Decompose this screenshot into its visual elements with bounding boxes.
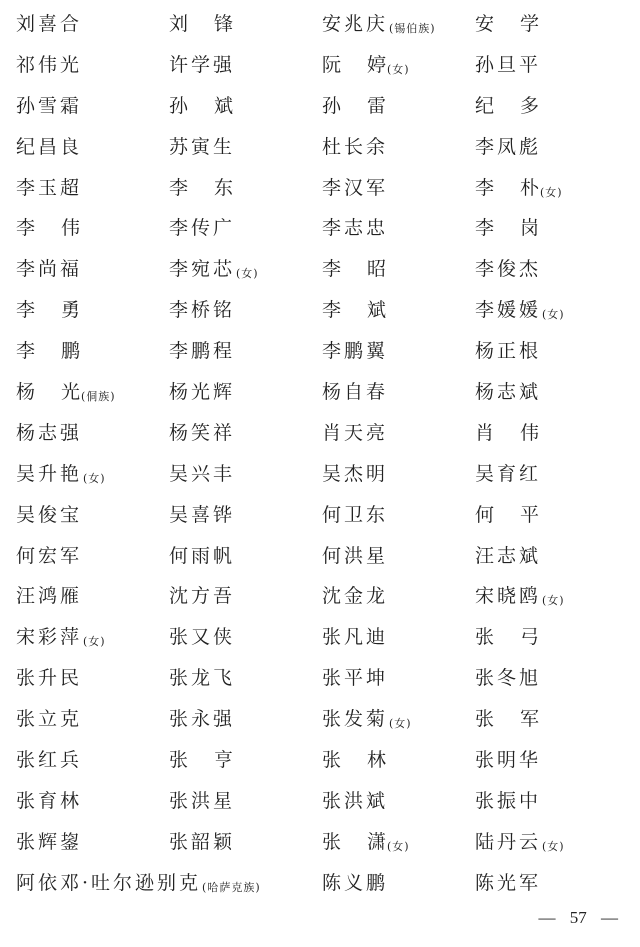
name-entry: 宋晓鸥(女) <box>475 582 565 615</box>
name-row: 祁伟光许学强阮婷(女)孙旦平 <box>16 45 636 86</box>
name-annotation: (女) <box>387 63 410 76</box>
name-char: 平 <box>520 501 539 529</box>
name-annotation: (女) <box>83 472 106 485</box>
person-name: 吴喜铧 <box>169 501 235 529</box>
name-entry: 李志忠 <box>322 214 388 242</box>
person-name: 刘锋 <box>169 10 233 38</box>
name-row: 张红兵张亨张林张明华 <box>16 740 636 781</box>
person-name: 肖天亮 <box>322 419 388 447</box>
person-name: 李勇 <box>16 296 80 324</box>
name-entry: 李东 <box>169 174 233 202</box>
name-entry: 李传广 <box>169 214 235 242</box>
name-row: 李尚福李宛芯(女)李昭李俊杰 <box>16 249 636 290</box>
person-name: 李岗 <box>475 214 539 242</box>
name-char: 杨 <box>16 378 35 406</box>
name-entry: 吴杰明 <box>322 460 388 488</box>
name-entry: 张凡迪 <box>322 623 388 651</box>
person-name: 孙旦平 <box>475 51 541 79</box>
person-name: 张明华 <box>475 746 541 774</box>
name-annotation: (女) <box>83 635 106 648</box>
name-entry: 张韶颖 <box>169 828 235 856</box>
name-entry: 张辉鋆 <box>16 828 82 856</box>
name-char: 昭 <box>367 255 386 283</box>
name-char: 鹏 <box>61 337 80 365</box>
name-entry: 孙雷 <box>322 92 386 120</box>
name-char: 学 <box>520 10 539 38</box>
name-entry: 李桥铭 <box>169 296 235 324</box>
name-row: 张升民张龙飞张平坤张冬旭 <box>16 658 636 699</box>
person-name: 李斌 <box>322 296 386 324</box>
person-name: 李东 <box>169 174 233 202</box>
name-entry: 李伟 <box>16 214 80 242</box>
name-entry: 杨光(侗族) <box>16 378 116 411</box>
name-annotation: (锡伯族) <box>389 22 436 35</box>
name-entry: 李朴(女) <box>475 174 563 207</box>
name-char: 孙 <box>322 92 341 120</box>
name-char: 安 <box>475 10 494 38</box>
name-entry: 汪鸿雁 <box>16 582 82 610</box>
name-entry: 沈方吾 <box>169 582 235 610</box>
person-name: 吴杰明 <box>322 460 388 488</box>
person-name: 张亨 <box>169 746 233 774</box>
name-entry: 吴兴丰 <box>169 460 235 488</box>
name-char: 孙 <box>169 92 188 120</box>
name-char: 雷 <box>367 92 386 120</box>
page-number: — 57 — <box>539 908 619 928</box>
name-entry: 李鹏程 <box>169 337 235 365</box>
person-name: 张红兵 <box>16 746 82 774</box>
name-char: 勇 <box>61 296 80 324</box>
person-name: 杜长余 <box>322 133 388 161</box>
name-entry: 孙雪霜 <box>16 92 82 120</box>
person-name: 张洪星 <box>169 787 235 815</box>
name-row: 张育林张洪星张洪斌张振中 <box>16 781 636 822</box>
name-entry: 李俊杰 <box>475 255 541 283</box>
person-name: 张军 <box>475 705 539 733</box>
person-name: 杨志斌 <box>475 378 541 406</box>
person-name: 陈光军 <box>475 869 541 897</box>
name-char: 斌 <box>214 92 233 120</box>
person-name: 吴升艳 <box>16 460 82 488</box>
name-entry: 吴喜铧 <box>169 501 235 529</box>
name-row: 孙雪霜孙斌孙雷纪多 <box>16 86 636 127</box>
name-entry: 吴育红 <box>475 460 541 488</box>
name-char: 张 <box>475 705 494 733</box>
person-name: 孙雷 <box>322 92 386 120</box>
name-entry: 张振中 <box>475 787 541 815</box>
person-name: 张洪斌 <box>322 787 388 815</box>
name-char: 多 <box>520 92 539 120</box>
person-name: 张发菊 <box>322 705 388 733</box>
name-row: 纪昌良苏寅生杜长余李凤彪 <box>16 127 636 168</box>
name-entry: 杨正根 <box>475 337 541 365</box>
name-entry: 李鹏 <box>16 337 80 365</box>
name-entry: 纪昌良 <box>16 133 82 161</box>
name-entry: 杨笑祥 <box>169 419 235 447</box>
person-name: 吴兴丰 <box>169 460 235 488</box>
person-name: 汪志斌 <box>475 542 541 570</box>
person-name: 李志忠 <box>322 214 388 242</box>
name-entry: 李鹏翼 <box>322 337 388 365</box>
name-row: 宋彩萍(女)张又侠张凡迪张弓 <box>16 617 636 658</box>
name-entry: 张平坤 <box>322 664 388 692</box>
person-name: 杨光 <box>16 378 80 406</box>
name-char: 李 <box>16 337 35 365</box>
person-name: 杨光辉 <box>169 378 235 406</box>
person-name: 汪鸿雁 <box>16 582 82 610</box>
name-entry: 杨志强 <box>16 419 82 447</box>
name-char: 李 <box>16 296 35 324</box>
name-row: 李伟李传广李志忠李岗 <box>16 208 636 249</box>
name-char: 张 <box>322 746 341 774</box>
name-entry: 张军 <box>475 705 539 733</box>
name-entry: 阮婷(女) <box>322 51 410 84</box>
name-entry: 张弓 <box>475 623 539 651</box>
name-annotation: (哈萨克族) <box>202 881 261 894</box>
person-name: 李玉超 <box>16 174 82 202</box>
person-name: 沈方吾 <box>169 582 235 610</box>
name-entry: 祁伟光 <box>16 51 82 79</box>
name-row: 张立克张永强张发菊(女)张军 <box>16 699 636 740</box>
name-entry: 肖天亮 <box>322 419 388 447</box>
name-char: 肖 <box>475 419 494 447</box>
name-entry: 李岗 <box>475 214 539 242</box>
name-entry: 张冬旭 <box>475 664 541 692</box>
name-row: 李鹏李鹏程李鹏翼杨正根 <box>16 331 636 372</box>
name-entry: 何洪星 <box>322 542 388 570</box>
person-name: 肖伟 <box>475 419 539 447</box>
person-name: 孙雪霜 <box>16 92 82 120</box>
person-name: 张升民 <box>16 664 82 692</box>
name-entry: 汪志斌 <box>475 542 541 570</box>
person-name: 杨志强 <box>16 419 82 447</box>
person-name: 李汉军 <box>322 174 388 202</box>
name-annotation: (女) <box>542 594 565 607</box>
name-entry: 何宏军 <box>16 542 82 570</box>
name-char: 李 <box>16 214 35 242</box>
person-name: 纪多 <box>475 92 539 120</box>
name-entry: 肖伟 <box>475 419 539 447</box>
name-list: 刘喜合刘锋安兆庆(锡伯族)安学祁伟光许学强阮婷(女)孙旦平孙雪霜孙斌孙雷纪多纪昌… <box>16 4 636 904</box>
name-entry: 刘喜合 <box>16 10 82 38</box>
name-entry: 李宛芯(女) <box>169 255 259 288</box>
name-entry: 张升民 <box>16 664 82 692</box>
person-name: 沈金龙 <box>322 582 388 610</box>
person-name: 张冬旭 <box>475 664 541 692</box>
name-entry: 张龙飞 <box>169 664 235 692</box>
name-entry: 杨光辉 <box>169 378 235 406</box>
name-char: 李 <box>475 214 494 242</box>
name-char: 李 <box>475 174 494 202</box>
name-row: 汪鸿雁沈方吾沈金龙宋晓鸥(女) <box>16 576 636 617</box>
name-entry: 孙旦平 <box>475 51 541 79</box>
person-name: 李宛芯 <box>169 255 235 283</box>
person-name: 阮婷 <box>322 51 386 79</box>
person-name: 张又侠 <box>169 623 235 651</box>
person-name: 刘喜合 <box>16 10 82 38</box>
name-entry: 李昭 <box>322 255 386 283</box>
name-entry: 张潇(女) <box>322 828 410 861</box>
name-entry: 张永强 <box>169 705 235 733</box>
name-annotation: (女) <box>236 267 259 280</box>
name-entry: 李汉军 <box>322 174 388 202</box>
person-name: 李鹏 <box>16 337 80 365</box>
name-row: 李勇李桥铭李斌李媛媛(女) <box>16 290 636 331</box>
person-name: 张韶颖 <box>169 828 235 856</box>
name-entry: 安学 <box>475 10 539 38</box>
name-char: 李 <box>322 255 341 283</box>
name-entry: 陆丹云(女) <box>475 828 565 861</box>
name-char: 刘 <box>169 10 188 38</box>
name-char: 东 <box>214 174 233 202</box>
name-annotation: (女) <box>542 840 565 853</box>
name-row: 吴俊宝吴喜铧何卫东何平 <box>16 495 636 536</box>
name-row: 刘喜合刘锋安兆庆(锡伯族)安学 <box>16 4 636 45</box>
person-name: 阿依邓·吐尔逊别克 <box>16 869 201 897</box>
person-name: 李朴 <box>475 174 539 202</box>
name-entry: 许学强 <box>169 51 235 79</box>
person-name: 宋晓鸥 <box>475 582 541 610</box>
name-entry: 李斌 <box>322 296 386 324</box>
name-row: 阿依邓·吐尔逊别克(哈萨克族)陈义鹏陈光军 <box>16 863 636 904</box>
name-annotation: (女) <box>389 717 412 730</box>
person-name: 吴育红 <box>475 460 541 488</box>
name-char: 李 <box>322 296 341 324</box>
name-entry: 陈义鹏 <box>322 869 388 897</box>
person-name: 李媛媛 <box>475 296 541 324</box>
name-entry: 沈金龙 <box>322 582 388 610</box>
person-name: 李桥铭 <box>169 296 235 324</box>
name-annotation: (女) <box>387 840 410 853</box>
person-name: 李伟 <box>16 214 80 242</box>
name-char: 纪 <box>475 92 494 120</box>
person-name: 杨笑祥 <box>169 419 235 447</box>
name-entry: 陈光军 <box>475 869 541 897</box>
person-name: 张育林 <box>16 787 82 815</box>
name-row: 何宏军何雨帆何洪星汪志斌 <box>16 536 636 577</box>
name-entry: 李媛媛(女) <box>475 296 565 329</box>
name-char: 张 <box>322 828 341 856</box>
name-char: 张 <box>475 623 494 651</box>
name-char: 伟 <box>61 214 80 242</box>
person-name: 许学强 <box>169 51 235 79</box>
name-entry: 何平 <box>475 501 539 529</box>
person-name: 杨正根 <box>475 337 541 365</box>
name-entry: 刘锋 <box>169 10 233 38</box>
person-name: 陆丹云 <box>475 828 541 856</box>
name-entry: 阿依邓·吐尔逊别克(哈萨克族) <box>16 869 261 902</box>
person-name: 李鹏翼 <box>322 337 388 365</box>
name-entry: 吴俊宝 <box>16 501 82 529</box>
name-char: 张 <box>169 746 188 774</box>
person-name: 张立克 <box>16 705 82 733</box>
person-name: 李鹏程 <box>169 337 235 365</box>
name-char: 何 <box>475 501 494 529</box>
name-entry: 张亨 <box>169 746 233 774</box>
person-name: 宋彩萍 <box>16 623 82 651</box>
name-entry: 安兆庆(锡伯族) <box>322 10 436 43</box>
name-row: 杨志强杨笑祥肖天亮肖伟 <box>16 413 636 454</box>
name-row: 张辉鋆张韶颖张潇(女)陆丹云(女) <box>16 822 636 863</box>
name-entry: 杨自春 <box>322 378 388 406</box>
person-name: 孙斌 <box>169 92 233 120</box>
name-entry: 张林 <box>322 746 386 774</box>
name-char: 潇 <box>367 828 386 856</box>
name-annotation: (女) <box>542 308 565 321</box>
name-entry: 张洪星 <box>169 787 235 815</box>
name-char: 斌 <box>367 296 386 324</box>
name-entry: 张育林 <box>16 787 82 815</box>
name-char: 岗 <box>520 214 539 242</box>
name-entry: 李玉超 <box>16 174 82 202</box>
person-name: 苏寅生 <box>169 133 235 161</box>
name-entry: 李尚福 <box>16 255 82 283</box>
person-name: 何平 <box>475 501 539 529</box>
person-name: 李传广 <box>169 214 235 242</box>
person-name: 安兆庆 <box>322 10 388 38</box>
name-char: 弓 <box>520 623 539 651</box>
person-name: 李昭 <box>322 255 386 283</box>
person-name: 李俊杰 <box>475 255 541 283</box>
person-name: 张永强 <box>169 705 235 733</box>
person-name: 张弓 <box>475 623 539 651</box>
person-name: 何雨帆 <box>169 542 235 570</box>
name-char: 军 <box>520 705 539 733</box>
name-entry: 张又侠 <box>169 623 235 651</box>
name-entry: 杨志斌 <box>475 378 541 406</box>
name-char: 林 <box>367 746 386 774</box>
name-entry: 张明华 <box>475 746 541 774</box>
person-name: 祁伟光 <box>16 51 82 79</box>
person-name: 何卫东 <box>322 501 388 529</box>
name-row: 李玉超李东李汉军李朴(女) <box>16 168 636 209</box>
person-name: 张凡迪 <box>322 623 388 651</box>
name-entry: 纪多 <box>475 92 539 120</box>
name-entry: 苏寅生 <box>169 133 235 161</box>
name-row: 杨光(侗族)杨光辉杨自春杨志斌 <box>16 372 636 413</box>
person-name: 张龙飞 <box>169 664 235 692</box>
name-row: 吴升艳(女)吴兴丰吴杰明吴育红 <box>16 454 636 495</box>
name-char: 李 <box>169 174 188 202</box>
person-name: 李尚福 <box>16 255 82 283</box>
name-char: 朴 <box>520 174 539 202</box>
name-entry: 宋彩萍(女) <box>16 623 106 656</box>
name-entry: 张立克 <box>16 705 82 733</box>
name-annotation: (侗族) <box>81 390 116 403</box>
name-annotation: (女) <box>540 186 563 199</box>
person-name: 吴俊宝 <box>16 501 82 529</box>
person-name: 张平坤 <box>322 664 388 692</box>
person-name: 张林 <box>322 746 386 774</box>
person-name: 杨自春 <box>322 378 388 406</box>
person-name: 李凤彪 <box>475 133 541 161</box>
person-name: 张振中 <box>475 787 541 815</box>
person-name: 纪昌良 <box>16 133 82 161</box>
person-name: 何洪星 <box>322 542 388 570</box>
name-char: 婷 <box>367 51 386 79</box>
person-name: 何宏军 <box>16 542 82 570</box>
person-name: 张潇 <box>322 828 386 856</box>
name-char: 锋 <box>214 10 233 38</box>
name-entry: 何雨帆 <box>169 542 235 570</box>
name-char: 光 <box>61 378 80 406</box>
person-name: 安学 <box>475 10 539 38</box>
name-entry: 李勇 <box>16 296 80 324</box>
person-name: 张辉鋆 <box>16 828 82 856</box>
person-name: 陈义鹏 <box>322 869 388 897</box>
name-entry: 李凤彪 <box>475 133 541 161</box>
name-char: 亨 <box>214 746 233 774</box>
name-entry: 何卫东 <box>322 501 388 529</box>
name-entry: 吴升艳(女) <box>16 460 106 493</box>
name-entry: 张红兵 <box>16 746 82 774</box>
name-entry: 杜长余 <box>322 133 388 161</box>
name-entry: 孙斌 <box>169 92 233 120</box>
name-char: 伟 <box>520 419 539 447</box>
name-entry: 张发菊(女) <box>322 705 412 738</box>
name-entry: 张洪斌 <box>322 787 388 815</box>
name-char: 阮 <box>322 51 341 79</box>
